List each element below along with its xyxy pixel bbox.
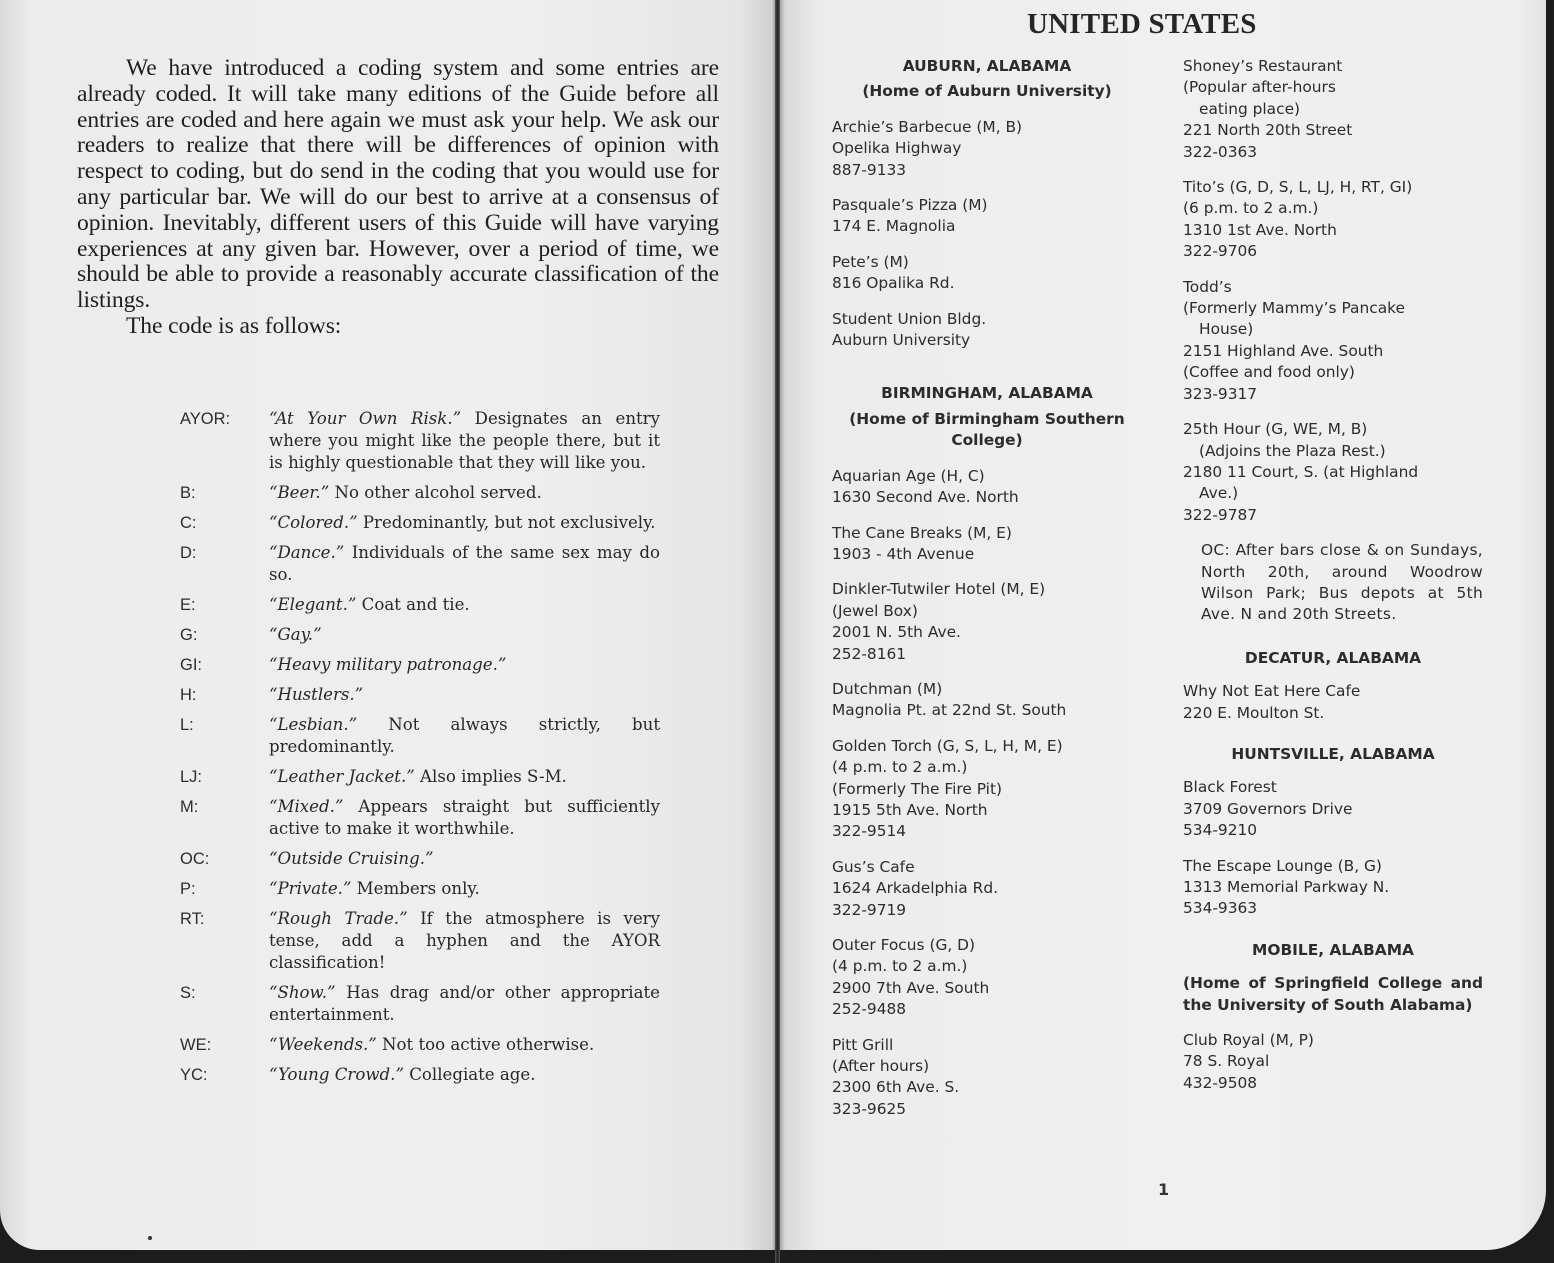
listing-name: 25th Hour (G, WE, M, B): [1183, 419, 1483, 440]
code-key: C:: [180, 512, 269, 534]
city-heading-auburn: AUBURN, ALABAMA: [832, 56, 1142, 77]
code-key: LJ:: [180, 766, 269, 788]
code-term: “Rough Trade.”: [269, 909, 408, 928]
listing-name: The Cane Breaks (M, E): [832, 523, 1142, 544]
listing-detail: 2001 N. 5th Ave.: [832, 622, 1142, 643]
code-entry: C:“Colored.” Predominantly, but not excl…: [180, 512, 660, 534]
listing-detail: (4 p.m. to 2 a.m.): [832, 956, 1142, 977]
code-term: “Dance.”: [269, 543, 344, 562]
listing-detail: 220 E. Moulton St.: [1183, 703, 1483, 724]
listing-name: Black Forest: [1183, 777, 1483, 798]
code-description: “Gay.”: [269, 624, 660, 646]
listing-detail: 1630 Second Ave. North: [832, 487, 1142, 508]
code-entry: OC:“Outside Cruising.”: [180, 848, 660, 870]
listing-detail: (Popular after-hours: [1183, 77, 1483, 98]
listing: Gus’s Cafe1624 Arkadelphia Rd.322-9719: [832, 857, 1142, 921]
birmingham-listings: Aquarian Age (H, C)1630 Second Ave. Nort…: [832, 466, 1142, 1121]
code-term: “Show.”: [269, 983, 336, 1002]
code-key: H:: [180, 684, 269, 706]
listing-name: Dinkler-Tutwiler Hotel (M, E): [832, 579, 1142, 600]
listing-phone: 322-0363: [1183, 142, 1483, 163]
listing-name: Pitt Grill: [832, 1035, 1142, 1056]
listing-name: The Escape Lounge (B, G): [1183, 856, 1483, 877]
listing-name: Tito’s (G, D, S, L, LJ, H, RT, GI): [1183, 177, 1483, 198]
listing-column-1: AUBURN, ALABAMA (Home of Auburn Universi…: [832, 56, 1142, 1134]
listing-detail: Auburn University: [832, 330, 1142, 351]
listing: The Cane Breaks (M, E)1903 - 4th Avenue: [832, 523, 1142, 566]
listing-phone: 322-9787: [1183, 505, 1483, 526]
listing-detail: Opelika Highway: [832, 138, 1142, 159]
code-description: “Beer.” No other alcohol served.: [269, 482, 660, 504]
listing-detail: 2300 6th Ave. S.: [832, 1077, 1142, 1098]
city-subtitle-auburn: (Home of Auburn University): [832, 81, 1142, 102]
code-entry: GI:“Heavy military patronage.”: [180, 654, 660, 676]
listing-detail: 1624 Arkadelphia Rd.: [832, 878, 1142, 899]
listing-name: Todd’s: [1183, 277, 1483, 298]
code-key: L:: [180, 714, 269, 758]
listing-detail: 323-9625: [832, 1099, 1142, 1120]
listing: Why Not Eat Here Cafe220 E. Moulton St.: [1183, 681, 1483, 724]
listing-name: Golden Torch (G, S, L, H, M, E): [832, 736, 1142, 757]
code-term: “Weekends.”: [269, 1035, 377, 1054]
listing-detail: (Adjoins the Plaza Rest.): [1183, 441, 1483, 462]
code-entry: E:“Elegant.” Coat and tie.: [180, 594, 660, 616]
code-description: “Weekends.” Not too active otherwise.: [269, 1034, 660, 1056]
listing-address: 2151 Highland Ave. South: [1183, 341, 1483, 362]
code-term: “At Your Own Risk.”: [269, 409, 461, 428]
listing-detail: (4 p.m. to 2 a.m.): [832, 757, 1142, 778]
code-term: “Lesbian.”: [269, 715, 357, 734]
cruising-note: OC: After bars close & on Sundays, North…: [1183, 540, 1483, 626]
listing-detail: 252-9488: [832, 999, 1142, 1020]
code-description: “Outside Cruising.”: [269, 848, 660, 870]
code-entry: L:“Lesbian.” Not always strictly, but pr…: [180, 714, 660, 758]
listing-address: 221 North 20th Street: [1183, 120, 1483, 141]
city-subtitle-mobile: (Home of Springfield College and the Uni…: [1183, 973, 1483, 1016]
listing-detail: 887-9133: [832, 160, 1142, 181]
listing-25th-hour: 25th Hour (G, WE, M, B) (Adjoins the Pla…: [1183, 419, 1483, 526]
listing-name: Aquarian Age (H, C): [832, 466, 1142, 487]
code-key: GI:: [180, 654, 269, 676]
listing-detail: 2900 7th Ave. South: [832, 978, 1142, 999]
listing-detail: (Formerly The Fire Pit): [832, 779, 1142, 800]
listing-phone: 323-9317: [1183, 384, 1483, 405]
code-term: “Gay.”: [269, 625, 322, 644]
city-heading-decatur: DECATUR, ALABAMA: [1183, 648, 1483, 669]
code-entry: P:“Private.” Members only.: [180, 878, 660, 900]
listing-detail: Magnolia Pt. at 22nd St. South: [832, 700, 1142, 721]
code-legend: AYOR:“At Your Own Risk.” Designates an e…: [180, 408, 660, 1094]
listing-name: Why Not Eat Here Cafe: [1183, 681, 1483, 702]
listing-phone: 322-9706: [1183, 241, 1483, 262]
code-entry: YC:“Young Crowd.” Collegiate age.: [180, 1064, 660, 1086]
ink-speck: [148, 1236, 152, 1240]
code-key: G:: [180, 624, 269, 646]
listing-detail: (Formerly Mammy’s Pancake: [1183, 298, 1483, 319]
code-description: “Colored.” Predominantly, but not exclus…: [269, 512, 660, 534]
listing: Outer Focus (G, D)(4 p.m. to 2 a.m.)2900…: [832, 935, 1142, 1021]
decatur-listings: Why Not Eat Here Cafe220 E. Moulton St.: [1183, 681, 1483, 724]
code-key: M:: [180, 796, 269, 840]
code-term: “Elegant.”: [269, 595, 356, 614]
code-term: “Leather Jacket.”: [269, 767, 415, 786]
listing-detail: 432-9508: [1183, 1073, 1483, 1094]
intro-paragraph: We have introduced a coding system and s…: [77, 56, 719, 314]
code-description: “Heavy military patronage.”: [269, 654, 660, 676]
code-entry: S:“Show.” Has drag and/or other appropri…: [180, 982, 660, 1026]
code-description: “Rough Trade.” If the atmosphere is very…: [269, 908, 660, 974]
code-description: “At Your Own Risk.” Designates an entry …: [269, 408, 660, 474]
listing-detail: (After hours): [832, 1056, 1142, 1077]
code-entry: H:“Hustlers.”: [180, 684, 660, 706]
listing-hours: (6 p.m. to 2 a.m.): [1183, 198, 1483, 219]
listing-detail: 252-8161: [832, 644, 1142, 665]
code-entry: M:“Mixed.” Appears straight but sufficie…: [180, 796, 660, 840]
listing-address: 1310 1st Ave. North: [1183, 220, 1483, 241]
code-description: “Private.” Members only.: [269, 878, 660, 900]
listing-detail: 1313 Memorial Parkway N.: [1183, 877, 1483, 898]
page-title: UNITED STATES: [1027, 8, 1287, 41]
listing-address: 2180 11 Court, S. (at Highland: [1183, 462, 1483, 483]
code-intro-line: The code is as follows:: [77, 314, 719, 340]
code-key: AYOR:: [180, 408, 269, 474]
code-entry: WE:“Weekends.” Not too active otherwise.: [180, 1034, 660, 1056]
code-description: “Hustlers.”: [269, 684, 660, 706]
code-key: YC:: [180, 1064, 269, 1086]
listing-name: Dutchman (M): [832, 679, 1142, 700]
listing-detail: eating place): [1183, 99, 1483, 120]
city-heading-birmingham: BIRMINGHAM, ALABAMA: [832, 383, 1142, 404]
listing-address-cont: Ave.): [1183, 483, 1483, 504]
code-entry: RT:“Rough Trade.” If the atmosphere is v…: [180, 908, 660, 974]
listing-name: Student Union Bldg.: [832, 309, 1142, 330]
mobile-listings: Club Royal (M, P)78 S. Royal432-9508: [1183, 1030, 1483, 1094]
code-key: S:: [180, 982, 269, 1026]
listing-detail: (Coffee and food only): [1183, 362, 1483, 383]
listing-detail: 322-9719: [832, 900, 1142, 921]
code-entry: LJ:“Leather Jacket.” Also implies S-M.: [180, 766, 660, 788]
listing-name: Shoney’s Restaurant: [1183, 56, 1483, 77]
listing-titos: Tito’s (G, D, S, L, LJ, H, RT, GI) (6 p.…: [1183, 177, 1483, 263]
code-entry: G:“Gay.”: [180, 624, 660, 646]
listing-detail: 322-9514: [832, 821, 1142, 842]
listing-name: Gus’s Cafe: [832, 857, 1142, 878]
listing-detail: 1915 5th Ave. North: [832, 800, 1142, 821]
code-description: “Elegant.” Coat and tie.: [269, 594, 660, 616]
code-term: “Outside Cruising.”: [269, 849, 434, 868]
listing-name: Club Royal (M, P): [1183, 1030, 1483, 1051]
code-term: “Mixed.”: [269, 797, 343, 816]
book-spine: [775, 0, 780, 1263]
listing-todds: Todd’s (Formerly Mammy’s Pancake House) …: [1183, 277, 1483, 405]
code-description: “Show.” Has drag and/or other appropriat…: [269, 982, 660, 1026]
listing: Archie’s Barbecue (M, B)Opelika Highway8…: [832, 117, 1142, 181]
listing: Black Forest3709 Governors Drive534-9210: [1183, 777, 1483, 841]
code-term: “Hustlers.”: [269, 685, 363, 704]
listing-name: Pasquale’s Pizza (M): [832, 195, 1142, 216]
code-term: “Beer.”: [269, 483, 329, 502]
listing-detail: 816 Opalika Rd.: [832, 273, 1142, 294]
auburn-listings: Archie’s Barbecue (M, B)Opelika Highway8…: [832, 117, 1142, 352]
listing: The Escape Lounge (B, G)1313 Memorial Pa…: [1183, 856, 1483, 920]
code-key: P:: [180, 878, 269, 900]
listing-detail: 1903 - 4th Avenue: [832, 544, 1142, 565]
code-key: E:: [180, 594, 269, 616]
listing: Club Royal (M, P)78 S. Royal432-9508: [1183, 1030, 1483, 1094]
listing: Pitt Grill(After hours)2300 6th Ave. S.3…: [832, 1035, 1142, 1121]
listing: Dutchman (M)Magnolia Pt. at 22nd St. Sou…: [832, 679, 1142, 722]
code-key: B:: [180, 482, 269, 504]
city-heading-huntsville: HUNTSVILLE, ALABAMA: [1183, 744, 1483, 765]
city-heading-mobile: MOBILE, ALABAMA: [1183, 940, 1483, 961]
listing-detail: 534-9363: [1183, 898, 1483, 919]
code-description: “Dance.” Individuals of the same sex may…: [269, 542, 660, 586]
listing-detail: House): [1183, 319, 1483, 340]
listing-detail: 534-9210: [1183, 820, 1483, 841]
code-entry: AYOR:“At Your Own Risk.” Designates an e…: [180, 408, 660, 474]
code-description: “Leather Jacket.” Also implies S-M.: [269, 766, 660, 788]
listing: Aquarian Age (H, C)1630 Second Ave. Nort…: [832, 466, 1142, 509]
listing-detail: 174 E. Magnolia: [832, 216, 1142, 237]
code-term: “Heavy military patronage.”: [269, 655, 506, 674]
city-subtitle-birmingham-2: College): [832, 430, 1142, 451]
listing-detail: 3709 Governors Drive: [1183, 799, 1483, 820]
code-description: “Mixed.” Appears straight but sufficient…: [269, 796, 660, 840]
code-key: OC:: [180, 848, 269, 870]
listing: Golden Torch (G, S, L, H, M, E)(4 p.m. t…: [832, 736, 1142, 843]
code-term: “Young Crowd.”: [269, 1065, 404, 1084]
listing-column-2: Shoney’s Restaurant (Popular after-hours…: [1183, 56, 1483, 1108]
page-number: 1: [1158, 1180, 1169, 1199]
code-key: RT:: [180, 908, 269, 974]
listing-shoneys: Shoney’s Restaurant (Popular after-hours…: [1183, 56, 1483, 163]
code-term: “Colored.”: [269, 513, 358, 532]
code-key: WE:: [180, 1034, 269, 1056]
listing-name: Archie’s Barbecue (M, B): [832, 117, 1142, 138]
code-key: D:: [180, 542, 269, 586]
code-description: “Young Crowd.” Collegiate age.: [269, 1064, 660, 1086]
listing-name: Pete’s (M): [832, 252, 1142, 273]
intro-text: We have introduced a coding system and s…: [77, 56, 719, 340]
code-term: “Private.”: [269, 879, 351, 898]
huntsville-listings: Black Forest3709 Governors Drive534-9210…: [1183, 777, 1483, 919]
listing: Pete’s (M)816 Opalika Rd.: [832, 252, 1142, 295]
listing-detail: (Jewel Box): [832, 601, 1142, 622]
listing-detail: 78 S. Royal: [1183, 1051, 1483, 1072]
listing-name: Outer Focus (G, D): [832, 935, 1142, 956]
code-entry: B:“Beer.” No other alcohol served.: [180, 482, 660, 504]
code-entry: D:“Dance.” Individuals of the same sex m…: [180, 542, 660, 586]
listing: Dinkler-Tutwiler Hotel (M, E)(Jewel Box)…: [832, 579, 1142, 665]
city-subtitle-birmingham: (Home of Birmingham Southern: [832, 409, 1142, 430]
listing: Student Union Bldg.Auburn University: [832, 309, 1142, 352]
listing: Pasquale’s Pizza (M)174 E. Magnolia: [832, 195, 1142, 238]
code-description: “Lesbian.” Not always strictly, but pred…: [269, 714, 660, 758]
